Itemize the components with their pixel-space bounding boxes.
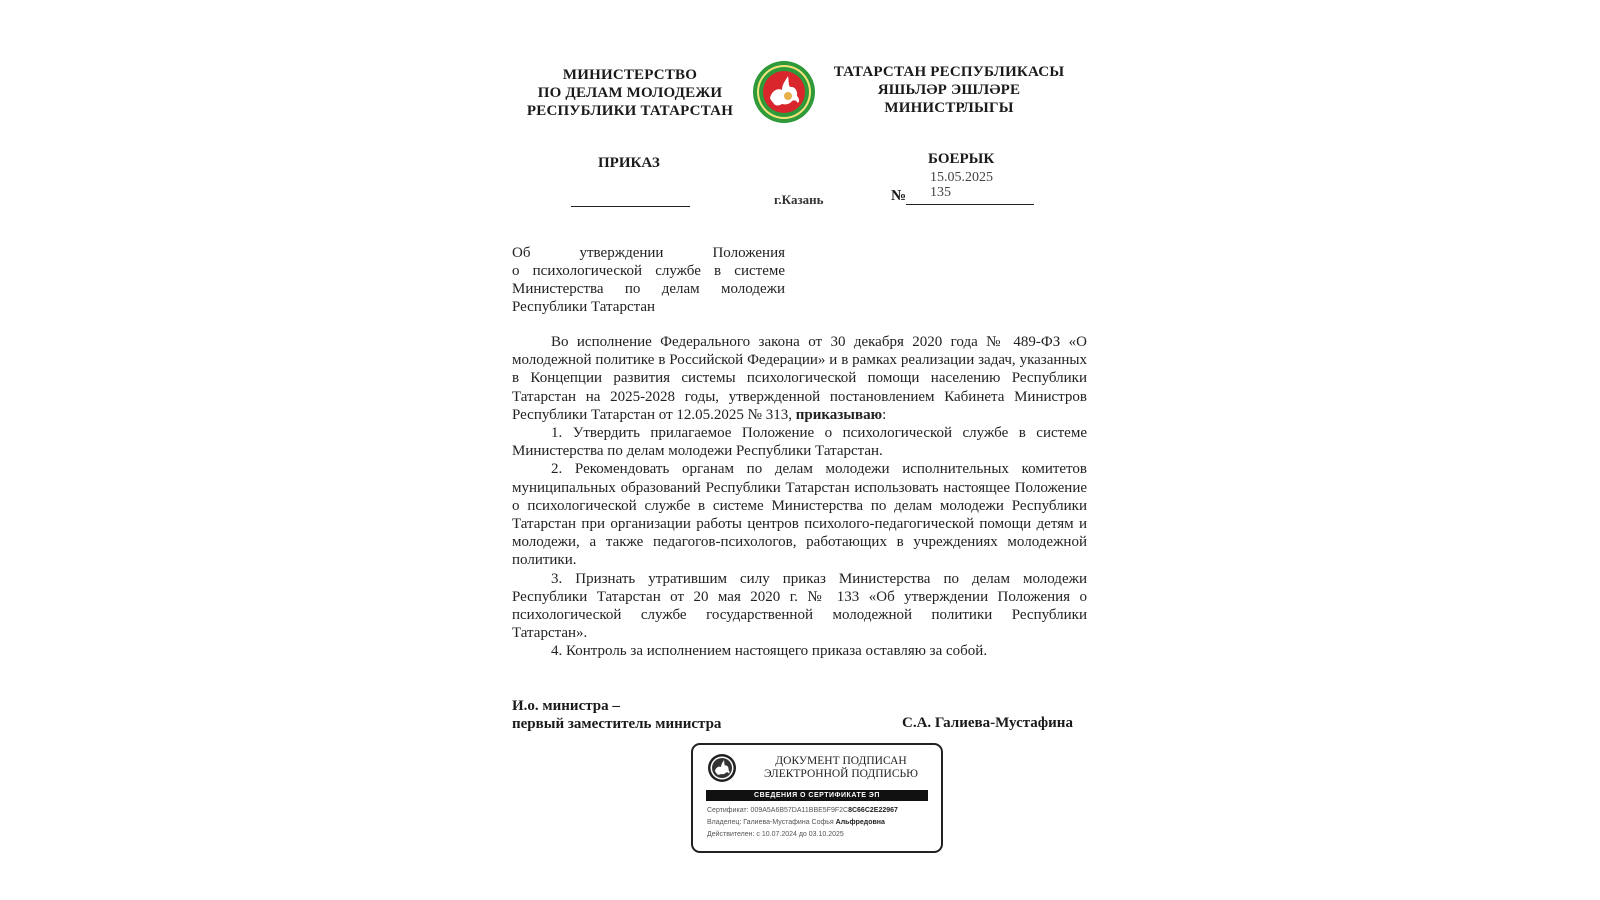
signer-position-line: первый заместитель министра <box>512 715 721 733</box>
preamble-paragraph: Во исполнение Федерального закона от 30 … <box>512 333 1087 424</box>
ministry-name-tt: ТАТАРСТАН РЕСПУБЛИКАСЫ ЯШЬЛӘР ЭШЛӘРЕ МИН… <box>826 63 1072 117</box>
date-blank-line <box>571 206 690 207</box>
number-sign: № <box>891 188 906 205</box>
owner-value-bold: Альфредовна <box>836 819 885 826</box>
order-item-4: 4. Контроль за исполнением настоящего пр… <box>512 642 1087 660</box>
stamp-title-line: ДОКУМЕНТ ПОДПИСАН <box>751 755 931 768</box>
order-item-2: 2. Рекомендовать органам по делам молоде… <box>512 460 1087 569</box>
preamble-bold-word: приказываю <box>796 407 882 423</box>
certificate-info-bar: СВЕДЕНИЯ О СЕРТИФИКАТЕ ЭП <box>706 790 928 801</box>
owner-label: Владелец: <box>707 819 741 826</box>
validity-line: Действителен: с 10.07.2024 до 03.10.2025 <box>707 831 844 838</box>
ministry-name-ru-line: ПО ДЕЛАМ МОЛОДЕЖИ <box>520 84 740 102</box>
certificate-value-bold: 8C66C2E22967 <box>848 807 898 814</box>
ministry-name-tt-line: МИНИСТРЛЫГЫ <box>826 99 1072 117</box>
ministry-name-tt-line: ЯШЬЛӘР ЭШЛӘРЕ <box>826 81 1072 99</box>
subject-line: о психологической службе в системе <box>512 262 785 280</box>
owner-line: Владелец: Галиева-Мустафина Софья Альфре… <box>707 819 885 826</box>
ministry-name-ru-line: РЕСПУБЛИКИ ТАТАРСТАН <box>520 102 740 120</box>
certificate-value: 009A5A6B57DA11BBE5F9F2C <box>751 807 849 814</box>
tatarstan-emblem-bw-icon <box>707 753 737 783</box>
tatarstan-emblem-icon <box>752 60 816 124</box>
validity-label: Действителен: <box>707 831 754 838</box>
number-blank-line <box>906 204 1034 205</box>
subject-line: Об утверждении Положения <box>512 244 785 262</box>
order-number: 135 <box>930 185 951 201</box>
ministry-name-tt-line: ТАТАРСТАН РЕСПУБЛИКАСЫ <box>826 63 1072 81</box>
order-body: Во исполнение Федерального закона от 30 … <box>512 333 1087 661</box>
order-city: г.Казань <box>774 192 824 208</box>
stamp-title-line: ЭЛЕКТРОННОЙ ПОДПИСЬЮ <box>751 768 931 781</box>
preamble-colon: : <box>882 407 886 423</box>
subject-line: Республики Татарстан <box>512 298 785 316</box>
signer-position-line: И.о. министра – <box>512 697 721 715</box>
certificate-line: Сертификат: 009A5A6B57DA11BBE5F9F2C8C66C… <box>707 807 898 814</box>
order-title-ru: ПРИКАЗ <box>598 155 660 172</box>
owner-value: Галиева-Мустафина Софья <box>743 819 833 826</box>
signer-position: И.о. министра – первый заместитель минис… <box>512 697 721 733</box>
ministry-name-ru: МИНИСТЕРСТВО ПО ДЕЛАМ МОЛОДЕЖИ РЕСПУБЛИК… <box>520 66 740 120</box>
ministry-name-ru-line: МИНИСТЕРСТВО <box>520 66 740 84</box>
order-item-3: 3. Признать утратившим силу приказ Минис… <box>512 570 1087 643</box>
order-title-tt: БОЕРЫК <box>928 151 994 168</box>
order-date: 15.05.2025 <box>930 170 993 186</box>
validity-value: с 10.07.2024 до 03.10.2025 <box>756 831 843 838</box>
order-item-1: 1. Утвердить прилагаемое Положение о пси… <box>512 424 1087 460</box>
subject-line: Министерства по делам молодежи <box>512 280 785 298</box>
document-page: МИНИСТЕРСТВО ПО ДЕЛАМ МОЛОДЕЖИ РЕСПУБЛИК… <box>0 0 1600 900</box>
stamp-title: ДОКУМЕНТ ПОДПИСАН ЭЛЕКТРОННОЙ ПОДПИСЬЮ <box>751 755 931 781</box>
certificate-label: Сертификат: <box>707 807 749 814</box>
electronic-signature-stamp: ДОКУМЕНТ ПОДПИСАН ЭЛЕКТРОННОЙ ПОДПИСЬЮ С… <box>691 743 943 853</box>
signer-name: С.А. Галиева-Мустафина <box>902 715 1073 732</box>
order-subject: Об утверждении Положения о психологическ… <box>512 244 785 316</box>
